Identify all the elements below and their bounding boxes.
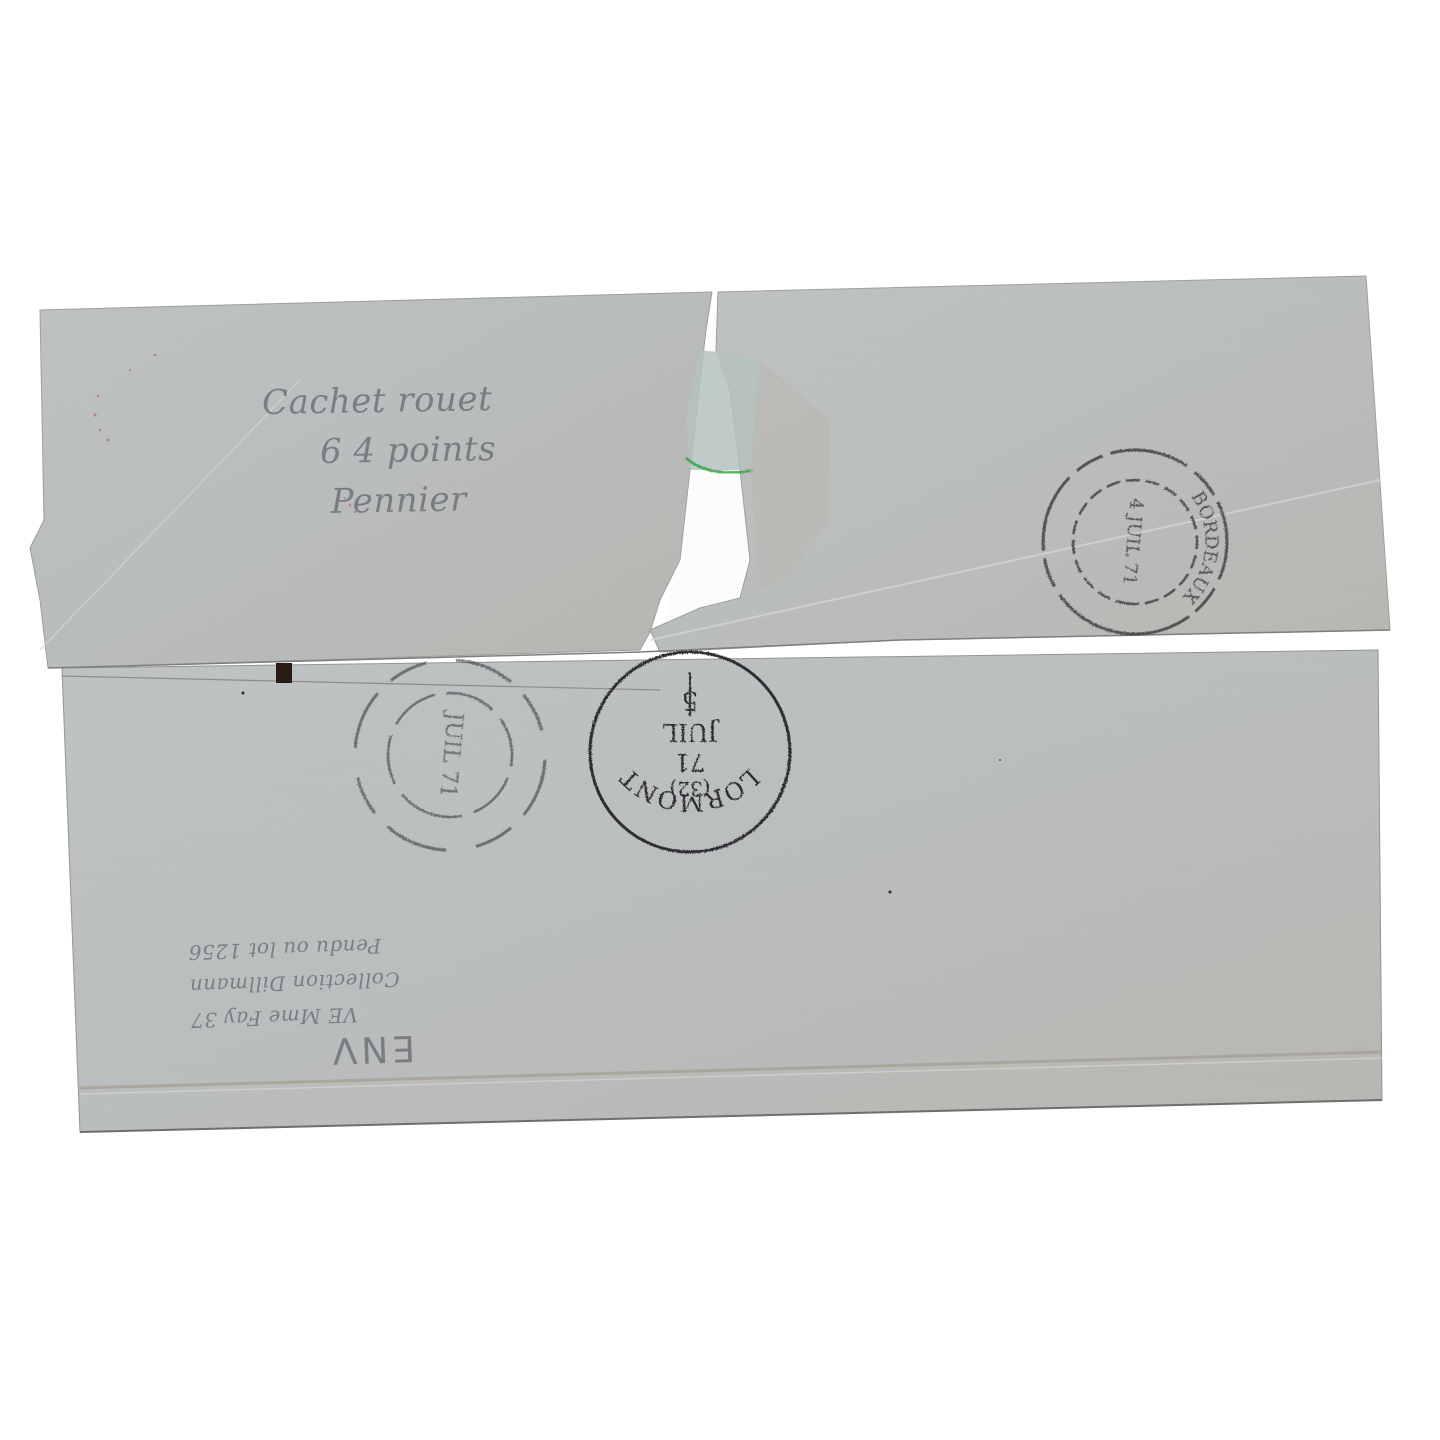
svg-text:JUIL 71: JUIL 71: [434, 709, 467, 799]
postmark-left-faint: JUIL 71: [347, 652, 553, 858]
postal-cover-photo: LORMONT (32) 71 JUIL 5 JUIL 71 BORDEAUX …: [0, 0, 1440, 1440]
svg-text:71: 71: [675, 748, 706, 776]
repaired-tear: [686, 350, 760, 470]
pencil-note-top: Cachet rouet 6 4 points Pennier: [227, 373, 530, 528]
pencil-note-line: Pennier: [228, 473, 529, 528]
svg-text:JUIL: JUIL: [662, 718, 720, 746]
envelope-illustration: LORMONT (32) 71 JUIL 5 JUIL 71 BORDEAUX …: [0, 0, 1440, 1440]
postmark-lormont: LORMONT (32) 71 JUIL 5: [590, 652, 790, 852]
pencil-note-bottom: ENV VE Mme Fay 37 Collection Dillmann Pe…: [188, 924, 513, 1071]
wax-mark: [276, 663, 292, 683]
top-flap-right: [650, 276, 1390, 652]
svg-text:5: 5: [682, 685, 699, 715]
pencil-note-line: 6 4 points: [228, 423, 529, 478]
postmark-lormont-town: LORMONT: [615, 763, 765, 816]
svg-text:4 JUIL 71: 4 JUIL 71: [1118, 497, 1147, 586]
svg-text:BORDEAUX: BORDEAUX: [1177, 486, 1226, 610]
pencil-note-line: Cachet rouet: [227, 373, 528, 428]
svg-text:(32): (32): [669, 777, 710, 801]
postmark-bordeaux: BORDEAUX 4 JUIL 71: [1035, 442, 1234, 641]
